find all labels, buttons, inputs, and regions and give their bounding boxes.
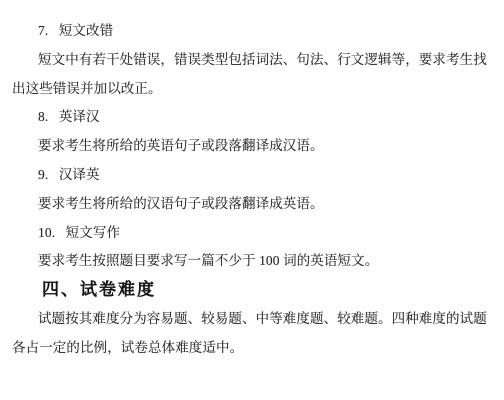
numbered-item-9: 9. 汉译英: [12, 161, 484, 190]
paragraph-line: 要求考生按照题目要求写一篇不少于 100 词的英语短文。: [12, 247, 484, 276]
paragraph-line: 出这些错误并加以改正。: [12, 75, 484, 104]
item-title: 短文写作: [66, 225, 120, 240]
item-number: 8.: [38, 103, 48, 132]
item-number: 9.: [38, 161, 48, 190]
section-heading: 四、试卷难度: [12, 276, 484, 305]
numbered-item-10: 10. 短文写作: [12, 219, 484, 248]
paragraph-line: 要求考生将所给的英语句子或段落翻译成汉语。: [12, 132, 484, 161]
item-title: 英译汉: [59, 109, 100, 124]
item-title: 汉译英: [59, 167, 100, 182]
numbered-item-8: 8. 英译汉: [12, 103, 484, 132]
item-number: 10.: [38, 219, 55, 248]
paragraph-line: 要求考生将所给的汉语句子或段落翻译成英语。: [12, 190, 484, 219]
item-title: 短文改错: [59, 23, 113, 38]
paragraph-line: 试题按其难度分为容易题、较易题、中等难度题、较难题。四种难度的试题: [12, 305, 484, 334]
numbered-item-7: 7. 短文改错: [12, 17, 484, 46]
paragraph-line: 各占一定的比例，试卷总体难度适中。: [12, 334, 484, 363]
document-page: 7. 短文改错 短文中有若干处错误，错误类型包括词法、句法、行文逻辑等，要求考生…: [0, 0, 504, 400]
paragraph-line: 短文中有若干处错误，错误类型包括词法、句法、行文逻辑等，要求考生找: [12, 46, 484, 75]
item-number: 7.: [38, 17, 48, 46]
